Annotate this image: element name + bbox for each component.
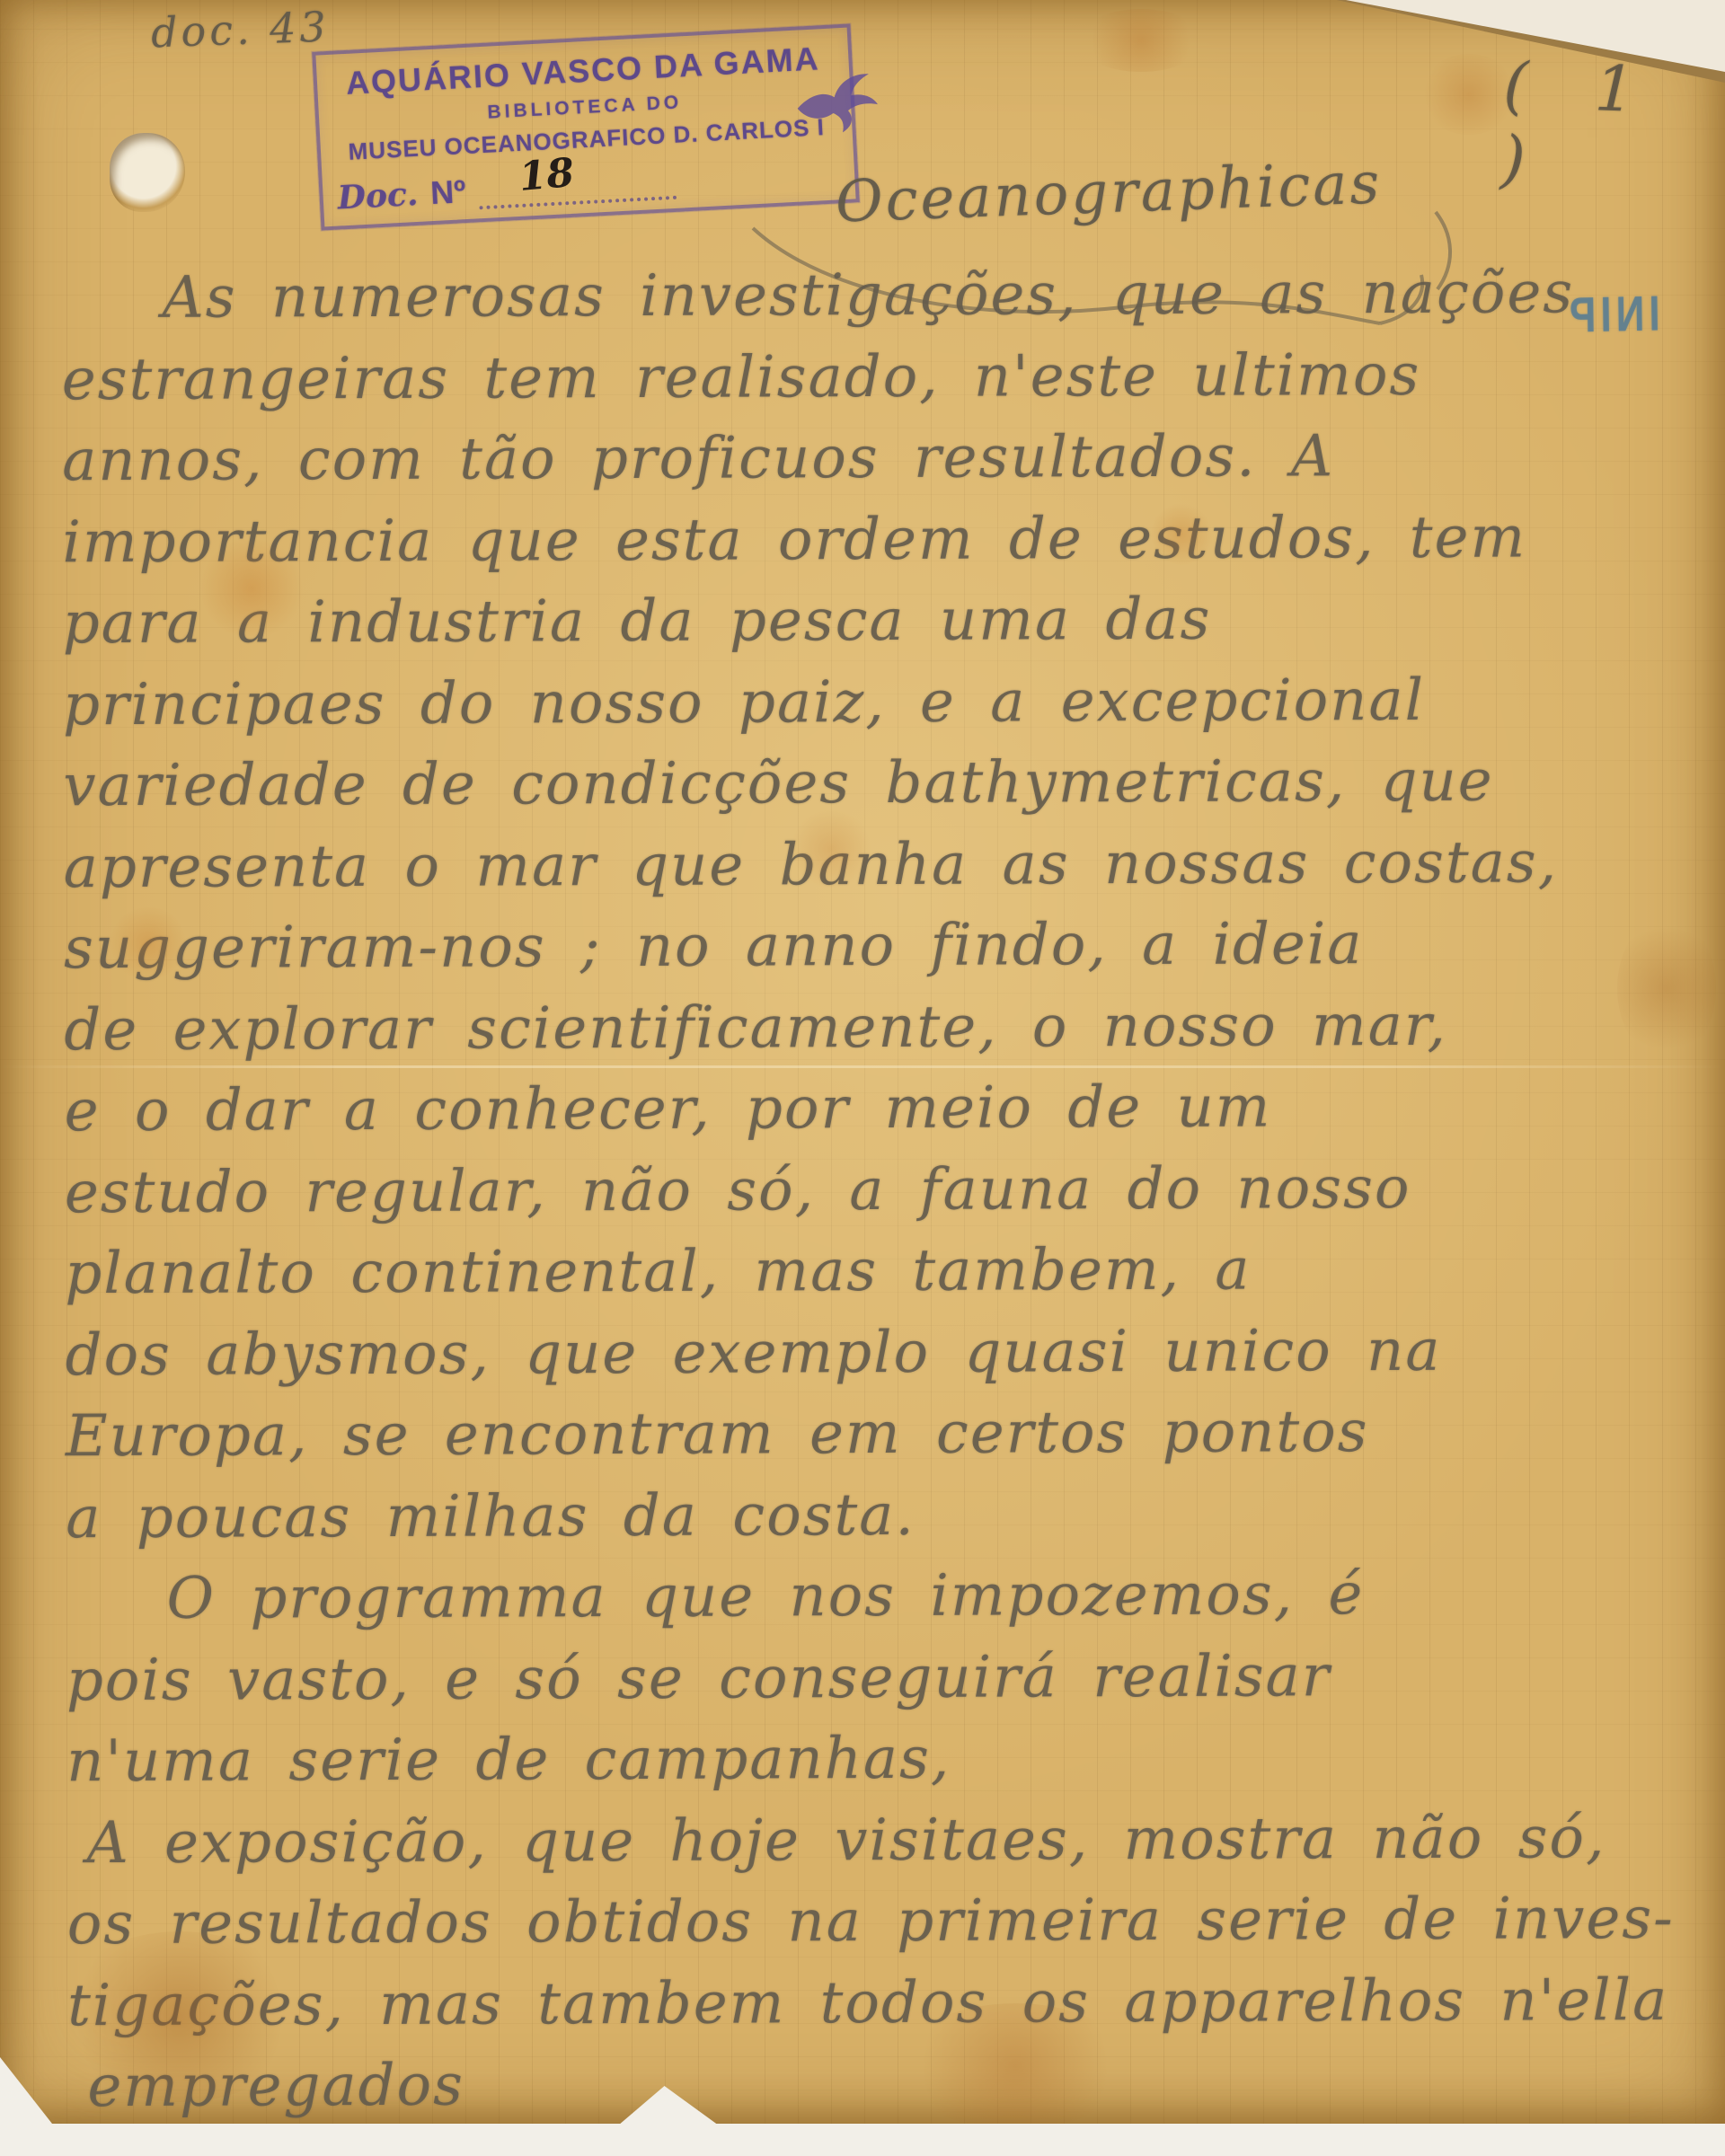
stamp-number-label: Nº <box>429 172 466 212</box>
manuscript-line: planalto continental, mas tambem, a <box>65 1235 1718 1322</box>
bird-icon <box>786 62 883 142</box>
manuscript-line: tigações, mas tambem todos os apparelhos… <box>67 1966 1721 2054</box>
manuscript-line: os resultados obtidos na primeira serie … <box>67 1886 1721 1973</box>
manuscript-line: empregados <box>67 2048 1721 2124</box>
manuscript-line: Europa, se encontram em certos pontos <box>66 1398 1719 1485</box>
paper-hole <box>110 133 185 212</box>
manuscript-line: annos, com tão proficuos resultados. A <box>62 422 1715 509</box>
stain <box>1078 9 1204 72</box>
manuscript-line: O programma que nos impozemos, é <box>66 1560 1719 1648</box>
manuscript-line: estudo regular, não só, a fauna do nosso <box>65 1153 1718 1241</box>
manuscript-line: variedade de condicções bathymetricas, q… <box>63 747 1716 835</box>
manuscript-line: para a industria da pesca uma das <box>63 585 1716 672</box>
manuscript-line: A exposição, que hoje visitaes, mostra n… <box>66 1804 1720 1891</box>
manuscript-line: dos abysmos, que exemplo quasi unico na <box>65 1316 1718 1403</box>
scanned-manuscript-page: doc. 43 ( 1 ) AQUÁRIO VASCO DA GAMA BIBL… <box>0 0 1725 2124</box>
manuscript-line: suggeriram-nos ; no anno findo, a ideia <box>64 910 1717 997</box>
manuscript-line: apresenta o mar que banha as nossas cost… <box>64 828 1717 915</box>
manuscript-line: As numerosas investigações, que as naçõe… <box>61 260 1714 347</box>
manuscript-line: e o dar a conhecer, por meio de um <box>65 1073 1718 1160</box>
manuscript-line: importancia que esta ordem de estudos, t… <box>62 503 1715 590</box>
manuscript-line: pois vasto, e só se conseguirá realisar <box>66 1641 1720 1728</box>
stamp-doc-label: Doc. <box>337 175 420 217</box>
paper-crease <box>0 1065 1725 1068</box>
manuscript-line: a poucas milhas da costa. <box>66 1479 1719 1566</box>
manuscript-line: estrangeiras tem realisado, n'este ultim… <box>62 340 1715 428</box>
stamp-dotted-line: 18 <box>478 169 677 209</box>
handwritten-doc-number: 18 <box>517 150 575 200</box>
manuscript-line: principaes do nosso paiz, e a excepciona… <box>63 666 1716 753</box>
bottom-left-tear <box>0 2057 52 2124</box>
archive-note-pencil: doc. 43 <box>150 3 330 57</box>
manuscript-body: As numerosas investigações, que as naçõe… <box>61 260 1721 2124</box>
manuscript-line: n'uma serie de campanhas, <box>66 1723 1720 1810</box>
